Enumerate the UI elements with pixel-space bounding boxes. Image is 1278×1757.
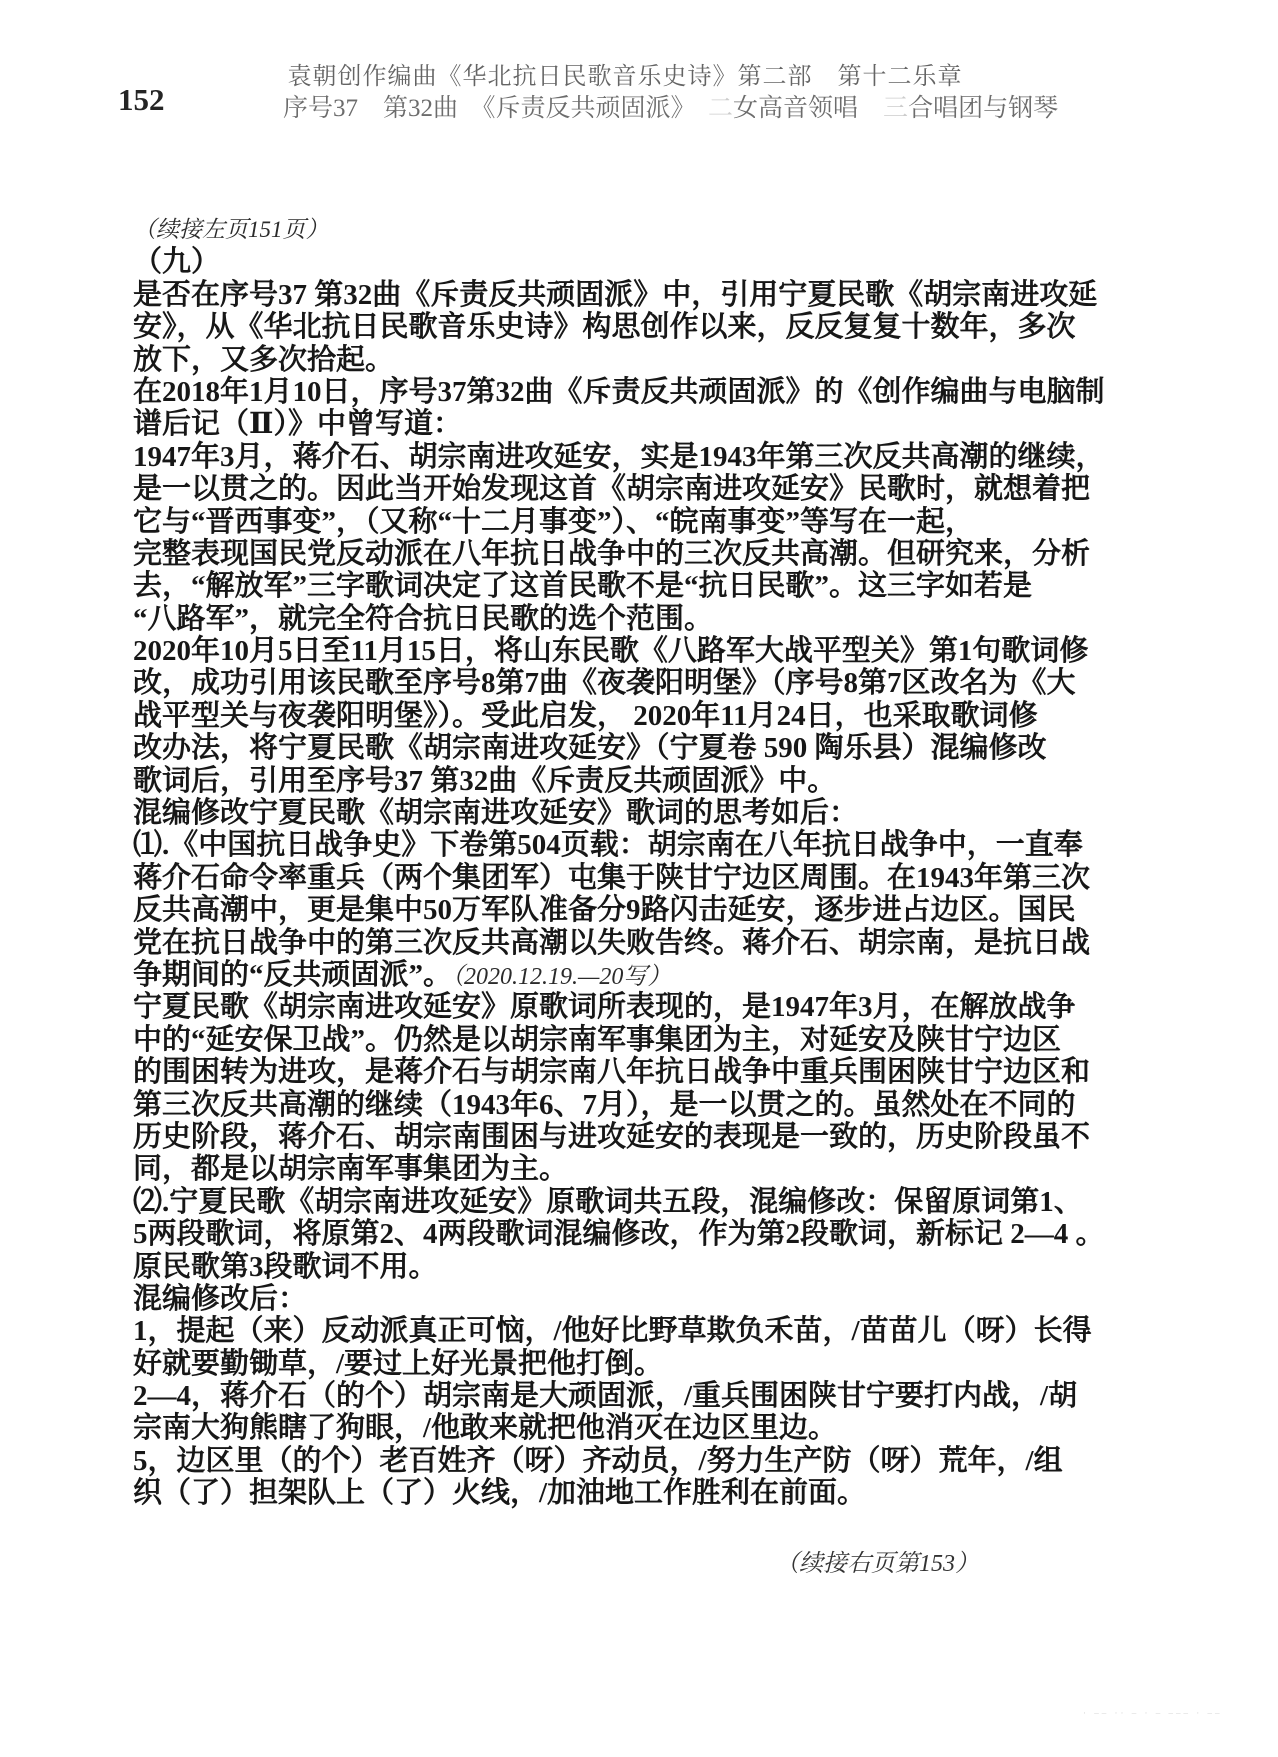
- text-line: 宗南大狗熊瞎了狗眼，/他敢来就把他消灭在边区里边。: [133, 1412, 1168, 1444]
- continuation-note-bottom: （续接右页第153）: [775, 1543, 979, 1578]
- text-line: 去，“解放军”三字歌词决定了这首民歌不是“抗日民歌”。这三字如若是: [133, 570, 1168, 602]
- text-line: 5两段歌词，将原第2、4两段歌词混编修改，作为第2段歌词，新标记 2—4 。: [133, 1218, 1168, 1250]
- text-line: 同，都是以胡宗南军事集团为主。: [133, 1153, 1168, 1185]
- text-line: 的围困转为进攻，是蒋介石与胡宗南八年抗日战争中重兵围困陕甘宁边区和: [133, 1056, 1168, 1088]
- text-line: “八路军”，就完全符合抗日民歌的选个范围。: [133, 603, 1168, 635]
- text-line: 反共高潮中，更是集中50万军队准备分9路闪击延安，逐步进占边区。国民: [133, 894, 1168, 926]
- text-line: 2—4，蒋介石（的个）胡宗南是大顽固派，/重兵围困陕甘宁要打内战，/胡: [133, 1380, 1168, 1412]
- subtitle-segment: 序号37 第32曲 《斥责反共顽固派》: [283, 95, 708, 122]
- text-line: 1，提起（来）反动派真正可恼，/他好比野草欺负禾苗，/苗苗儿（呀）长得: [133, 1315, 1168, 1347]
- text-line: 放下，又多次拾起。: [133, 344, 1168, 376]
- text-line: 织（了）担架队上（了）火线，/加油地工作胜利在前面。: [133, 1477, 1168, 1509]
- text-line: （九）: [133, 246, 1168, 278]
- text-line: 安》，从《华北抗日民歌音乐史诗》构思创作以来，反反复复十数年，多次: [133, 311, 1168, 343]
- book-title-header: 袁朝创作编曲《华北抗日民歌音乐史诗》第二部 第十二乐章: [0, 56, 1278, 91]
- text-line: 历史阶段，蒋介石、胡宗南围困与进攻延安的表现是一致的，历史阶段虽不: [133, 1121, 1168, 1153]
- text-line: 1947年3月，蒋介石、胡宗南进攻延安，实是1943年第三次反共高潮的继续，: [133, 441, 1168, 473]
- document-body: （续接左页151页）（九）是否在序号37 第32曲《斥责反共顽固派》中，引用宁夏…: [133, 214, 1168, 1510]
- date-note: （2020.12.19.—20写）: [452, 964, 671, 990]
- text-line: 完整表现国民党反动派在八年抗日战争中的三次反共高潮。但研究来，分析: [133, 538, 1168, 570]
- subtitle-segment: 女高音领唱: [733, 95, 883, 122]
- text-line: 它与“晋西事变”，（又称“十二月事变”）、“皖南事变”等写在一起，: [133, 506, 1168, 538]
- text-line: 歌词后，引用至序号37 第32曲《斥责反共顽固派》中。: [133, 765, 1168, 797]
- text-line: ⑵.宁夏民歌《胡宗南进攻延安》原歌词共五段，混编修改：保留原词第1、: [133, 1186, 1168, 1218]
- text-line: 好就要勤锄草，/要过上好光景把他打倒。: [133, 1348, 1168, 1380]
- text-line: 改，成功引用该民歌至序号8第7曲《夜袭阳明堡》（序号8第7区改名为《大: [133, 667, 1168, 699]
- text-line: 蒋介石命令率重兵（两个集团军）屯集于陕甘宁边区周围。在1943年第三次: [133, 862, 1168, 894]
- text-line: 战平型关与夜袭阳明堡》）。受此启发， 2020年11月24日，也采取歌词修: [133, 700, 1168, 732]
- subtitle-segment: 合唱团与钢琴: [908, 95, 1058, 122]
- scan-artifact: · –– ·· – · – ––– · ––: [1083, 1708, 1243, 1718]
- page-number: 152: [118, 82, 165, 118]
- text-line: 混编修改宁夏民歌《胡宗南进攻延安》歌词的思考如后：: [133, 797, 1168, 829]
- text-line: 党在抗日战争中的第三次反共高潮以失败告终。蒋介石、胡宗南，是抗日战: [133, 927, 1168, 959]
- faded-character: 二: [708, 95, 733, 122]
- faded-character: 三: [883, 95, 908, 122]
- text-line: 混编修改后：: [133, 1283, 1168, 1315]
- text-line: 原民歌第3段歌词不用。: [133, 1251, 1168, 1283]
- text-line: 在2018年1月10日，序号37第32曲《斥责反共顽固派》的《创作编曲与电脑制: [133, 376, 1168, 408]
- text-line: 5，边区里（的个）老百姓齐（呀）齐动员，/努力生产防（呀）荒年，/组: [133, 1445, 1168, 1477]
- text-line: 改办法，将宁夏民歌《胡宗南进攻延安》（宁夏卷 590 陶乐县）混编修改: [133, 732, 1168, 764]
- text-line: 第三次反共高潮的继续（1943年6、7月），是一以贯之的。虽然处在不同的: [133, 1089, 1168, 1121]
- text-line: 中的“延安保卫战”。仍然是以胡宗南军事集团为主，对延安及陕甘宁边区: [133, 1024, 1168, 1056]
- text-line: 2020年10月5日至11月15日，将山东民歌《八路军大战平型关》第1句歌词修: [133, 635, 1168, 667]
- text-line: 宁夏民歌《胡宗南进攻延安》原歌词所表现的，是1947年3月，在解放战争: [133, 991, 1168, 1023]
- chapter-subtitle: 序号37 第32曲 《斥责反共顽固派》 二女高音领唱 三合唱团与钢琴: [283, 88, 1058, 124]
- document-page: 袁朝创作编曲《华北抗日民歌音乐史诗》第二部 第十二乐章 152 序号37 第32…: [0, 0, 1278, 1757]
- text-line: （续接左页151页）: [133, 214, 1168, 246]
- text-line: 争期间的“反共顽固派”。（2020.12.19.—20写）: [133, 959, 1168, 991]
- text-line: 是否在序号37 第32曲《斥责反共顽固派》中，引用宁夏民歌《胡宗南进攻延: [133, 279, 1168, 311]
- text-line: ⑴.《中国抗日战争史》下卷第504页载：胡宗南在八年抗日战争中，一直奉: [133, 829, 1168, 861]
- text-line: 谱后记（Ⅱ）》中曾写道：: [133, 408, 1168, 440]
- text-line: 是一以贯之的。因此当开始发现这首《胡宗南进攻延安》民歌时，就想着把: [133, 473, 1168, 505]
